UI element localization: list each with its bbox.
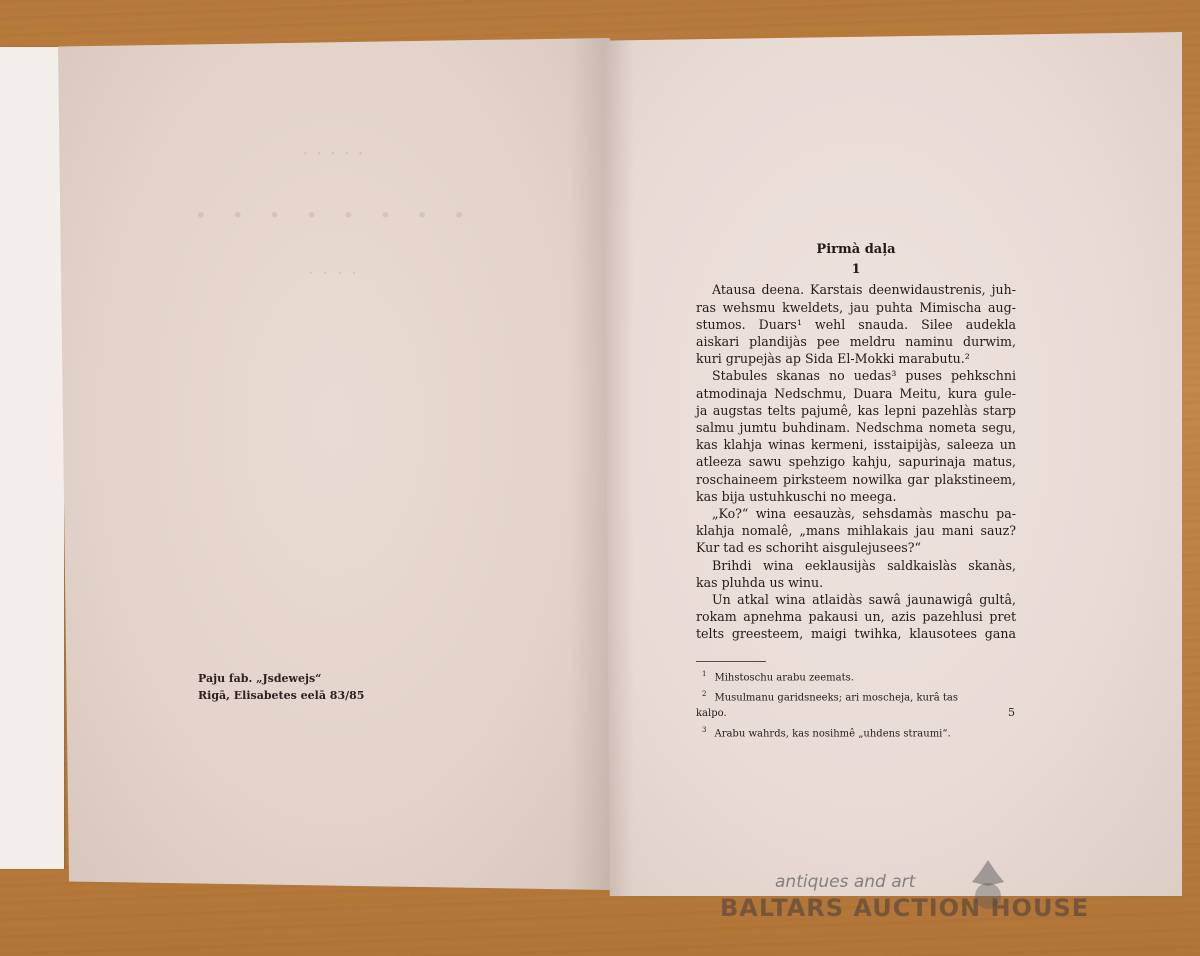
- footnotes: 1Mihstoschu arabu zeemats. 2Musulmanu ga…: [696, 666, 1016, 743]
- right-page: Pirmà daļa 1 Atausa deena. Karstais deen…: [604, 32, 1182, 896]
- show-through-title: · · · · · · · ·: [58, 198, 610, 233]
- text-line: salmu jumtu buhdinam. Nedschma nometa se…: [696, 419, 1016, 436]
- text-line: aiskari plandijàs pee meldru naminu durw…: [696, 333, 1016, 350]
- text-line: rokam apnehma pakausi un, azis pazehlusi…: [696, 608, 1016, 625]
- text-line: atleeza sawu spehzigo kahju, sapurinaja …: [696, 453, 1016, 470]
- watermark-brand: BALTARS AUCTION HOUSE: [720, 894, 1089, 922]
- text-line: ja augstas telts pajumê, kas lepni pazeh…: [696, 402, 1016, 419]
- footnote-2-cont: kalpo.: [696, 706, 1016, 722]
- text-line: roschaineem pirksteem nowilka gar plakst…: [696, 471, 1016, 488]
- back-cover-edge: [0, 47, 64, 869]
- footnote-3: 3Arabu wahrds, kas nosihmê „uhdens strau…: [696, 722, 1016, 742]
- show-through-text: · · · · ·: [58, 146, 610, 162]
- text-line: stumos. Duars¹ wehl snauda. Silee audekl…: [696, 316, 1016, 333]
- printer-line-1: Paju fab. „Jsdewejs“: [198, 670, 364, 687]
- text-line: kuri grupejàs ap Sida El-Mokki marabutu.…: [696, 350, 1016, 367]
- text-line: Un atkal wina atlaidàs sawâ jaunawigâ gu…: [696, 591, 1016, 608]
- chapter-number: 1: [696, 261, 1016, 278]
- text-line: „Ko?“ wina eesauzàs, sehsdamàs maschu pa…: [696, 505, 1016, 522]
- text-line: Brihdi wina eeklausijàs saldkaislàs skan…: [696, 557, 1016, 574]
- text-line: Kur tad es schoriht aisgulejusees?“: [696, 539, 1016, 556]
- show-through-text: · · · ·: [58, 266, 610, 280]
- footnote-2: 2Musulmanu garidsneeks; ari moscheja, ku…: [696, 686, 1016, 706]
- text-line: kas bija ustuhkuschi no meega.: [696, 488, 1016, 505]
- footnote-1: 1Mihstoschu arabu zeemats.: [696, 666, 1016, 686]
- left-page: · · · · · · · · · · · · · · · · · Paju f…: [58, 38, 610, 890]
- text-line: kas klahja winas kermeni, isstaipijàs, s…: [696, 436, 1016, 453]
- printer-line-2: Rigā, Elisabetes eelā 83/85: [198, 687, 364, 704]
- body-text: Atausa deena. Karstais deenwidaustrenis,…: [696, 281, 1016, 642]
- text-line: ras wehsmu kweldets, jau puhta Mimischa …: [696, 299, 1016, 316]
- text-line: telts greesteem, maigi twihka, klausotee…: [696, 625, 1016, 642]
- text-line: kas pluhda us winu.: [696, 574, 1016, 591]
- part-heading: Pirmà daļa: [696, 241, 1016, 258]
- text-line: Atausa deena. Karstais deenwidaustrenis,…: [696, 281, 1016, 298]
- page-number: 5: [1008, 706, 1015, 719]
- page-text: Pirmà daļa 1 Atausa deena. Karstais deen…: [696, 241, 1016, 743]
- printer-imprint: Paju fab. „Jsdewejs“ Rigā, Elisabetes ee…: [198, 670, 364, 704]
- text-line: Stabules skanas no uedas³ puses pehkschn…: [696, 367, 1016, 384]
- footnote-divider: [696, 661, 766, 662]
- text-line: atmodinaja Nedschmu, Duara Meitu, kura g…: [696, 385, 1016, 402]
- text-line: klahja nomalê, „mans mihlakais jau mani …: [696, 522, 1016, 539]
